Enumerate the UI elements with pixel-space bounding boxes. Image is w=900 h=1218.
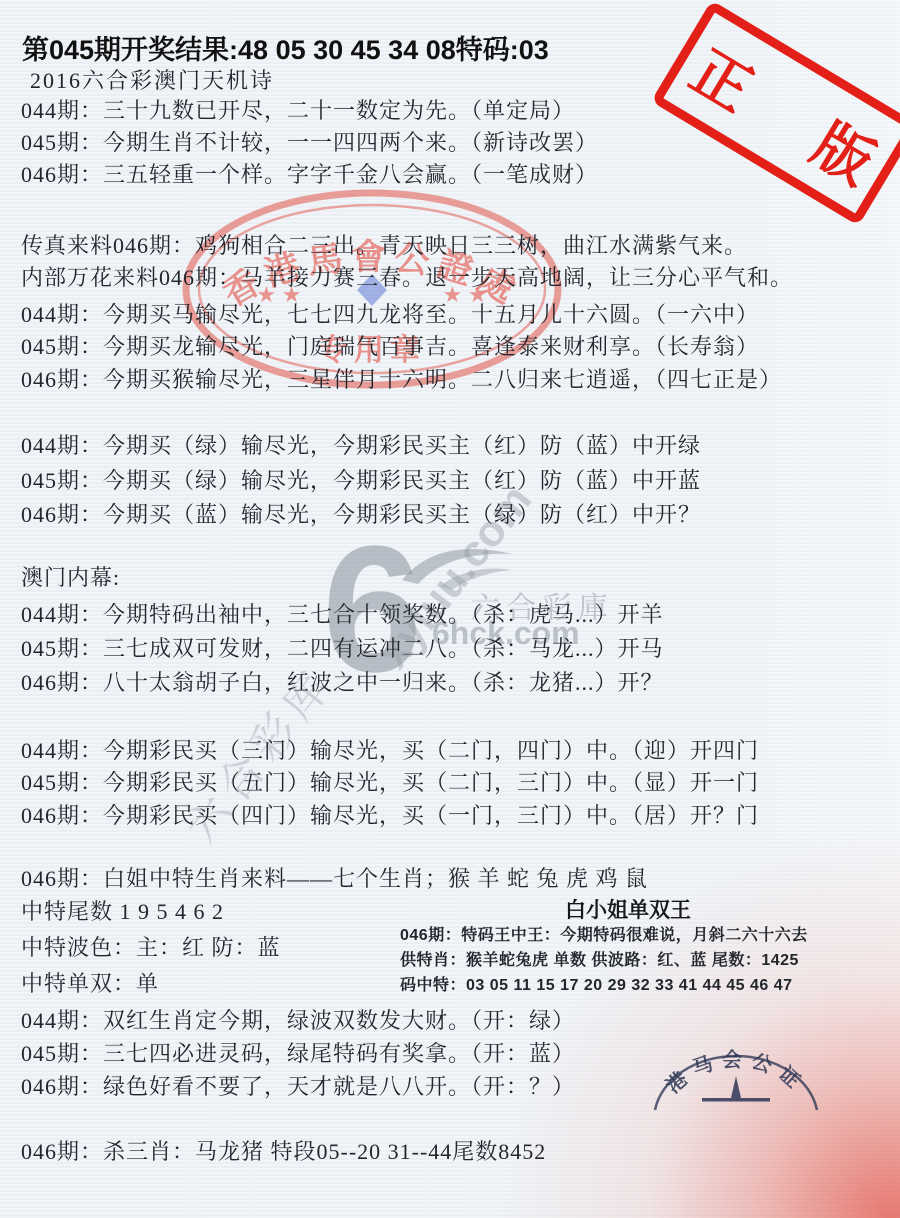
- door-line: 044期：今期彩民买（三门）输尽光，买（二门，四门）中。（迎）开四门: [21, 738, 759, 764]
- green-line: 044期：双红生肖定今期，绿波双数发大财。（开：绿）: [21, 1008, 575, 1034]
- baijie-left-line: 中特波色：主：红 防：蓝: [21, 935, 281, 961]
- baijie-right-title: 白小姐单双王: [398, 894, 858, 924]
- poem-line: 046期：三五轻重一个样。字字千金八会赢。（一笔成财）: [21, 162, 598, 188]
- macau-heading: 澳门内幕:: [21, 565, 120, 591]
- authentic-stamp: 正 版: [651, 0, 900, 226]
- blue-stamp-baseline: [702, 1098, 770, 1102]
- baijie-right-line: 供特肖：猴羊蛇兔虎 单数 供波路：红、蓝 尾数：1425: [400, 947, 799, 970]
- color-play-line: 046期：今期买（蓝）输尽光，今期彩民买主（绿）防（红）中开？: [21, 502, 701, 528]
- door-line: 046期：今期彩民买（四门）输尽光，买（一门，三门）中。（居）开？门: [21, 803, 759, 829]
- buy-line: 044期：今期买马输尽光，七七四九龙将至。十五月儿十六圆。（一六中）: [21, 302, 759, 328]
- green-line: 046期：绿色好看不要了，天才就是八八开。（开：？）: [21, 1074, 575, 1100]
- macau-line: 045期：三七成双可发财，二四有运冲二八。（杀：马龙...）开马: [21, 636, 664, 662]
- poem-title: 2016六合彩澳门天机诗: [30, 64, 274, 95]
- color-play-line: 045期：今期买（绿）输尽光，今期彩民买主（红）防（蓝）中开蓝: [21, 468, 701, 494]
- baijie-right-line: 码中特：03 05 11 15 17 20 29 32 33 41 44 45 …: [400, 972, 793, 995]
- macau-line: 044期：今期特码出袖中，三七合十领奖数。（杀：虎马...）开羊: [21, 602, 664, 628]
- macau-line: 046期：八十太翁胡子白，红波之中一归来。（杀：龙猪...）开？: [21, 670, 664, 696]
- door-line: 045期：今期彩民买（五门）输尽光，买（二门，三门）中。（显）开一门: [21, 770, 759, 796]
- blue-stamp-tower-icon: [731, 1076, 741, 1098]
- baijie-intro: 046期：白姐中特生肖来料——七个生肖；猴 羊 蛇 兔 虎 鸡 鼠: [21, 866, 648, 892]
- fax-line: 传真来料046期：鸡狗相合二三出。青天映日三三树，曲江水满紫气来。: [21, 233, 747, 259]
- footer-line: 046期：杀三肖：马龙猪 特段05--20 31--44尾数8452: [21, 1139, 546, 1165]
- page-title: 第045期开奖结果:48 05 30 45 34 08特码:03: [22, 28, 549, 67]
- poem-line: 045期：今期生肖不计较，一一四四两个来。（新诗改罢）: [21, 130, 598, 156]
- baijie-left-line: 中特单双：单: [21, 971, 159, 997]
- authentic-stamp-label: 正 版: [648, 8, 900, 218]
- poem-line: 044期：三十九数已开尽，二十一数定为先。（单定局）: [21, 98, 575, 124]
- buy-line: 045期：今期买龙输尽光，门庭瑞气百事吉。喜逢泰来财利享。（长寿翁）: [21, 334, 759, 360]
- baijie-left-line: 中特尾数 1 9 5 4 6 2: [21, 899, 224, 925]
- color-play-line: 044期：今期买（绿）输尽光，今期彩民买主（红）防（蓝）中开绿: [21, 433, 701, 459]
- buy-line: 046期：今期买猴输尽光，三星伴月十六明。二八归来七逍遥，（四七正是）: [21, 367, 782, 393]
- blue-notary-stamp: 港马会公证: [650, 1030, 822, 1112]
- green-line: 045期：三七四必进灵码，绿尾特码有奖拿。（开：蓝）: [21, 1041, 575, 1067]
- baijie-right-line: 046期：特码王中王：今期特码很难说，月斜二六十六去: [400, 922, 808, 945]
- fax-line: 内部万花来料046期：马羊接力赛三春。退一步天高地阔，让三分心平气和。: [21, 265, 793, 291]
